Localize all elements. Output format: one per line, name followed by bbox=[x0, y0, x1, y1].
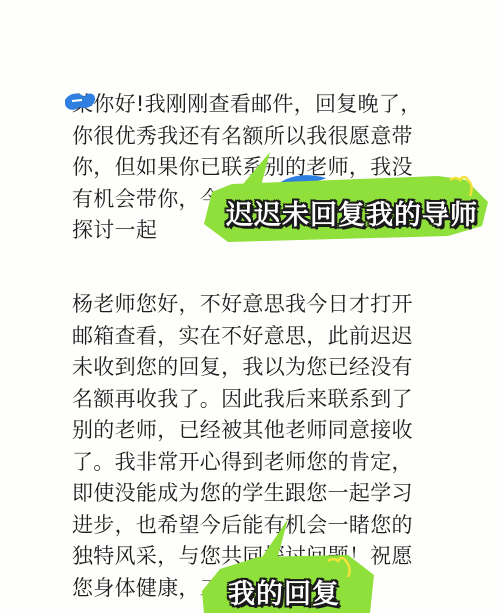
callout-bubble-advisor: 迟迟未回复我的导师 bbox=[198, 150, 498, 245]
redaction-scribble-icon bbox=[62, 88, 102, 116]
callout-label-advisor: 迟迟未回复我的导师 bbox=[226, 193, 478, 232]
callout-bubble-reply: 我的回复 bbox=[198, 517, 378, 613]
callout-label-reply: 我的回复 bbox=[228, 572, 340, 611]
